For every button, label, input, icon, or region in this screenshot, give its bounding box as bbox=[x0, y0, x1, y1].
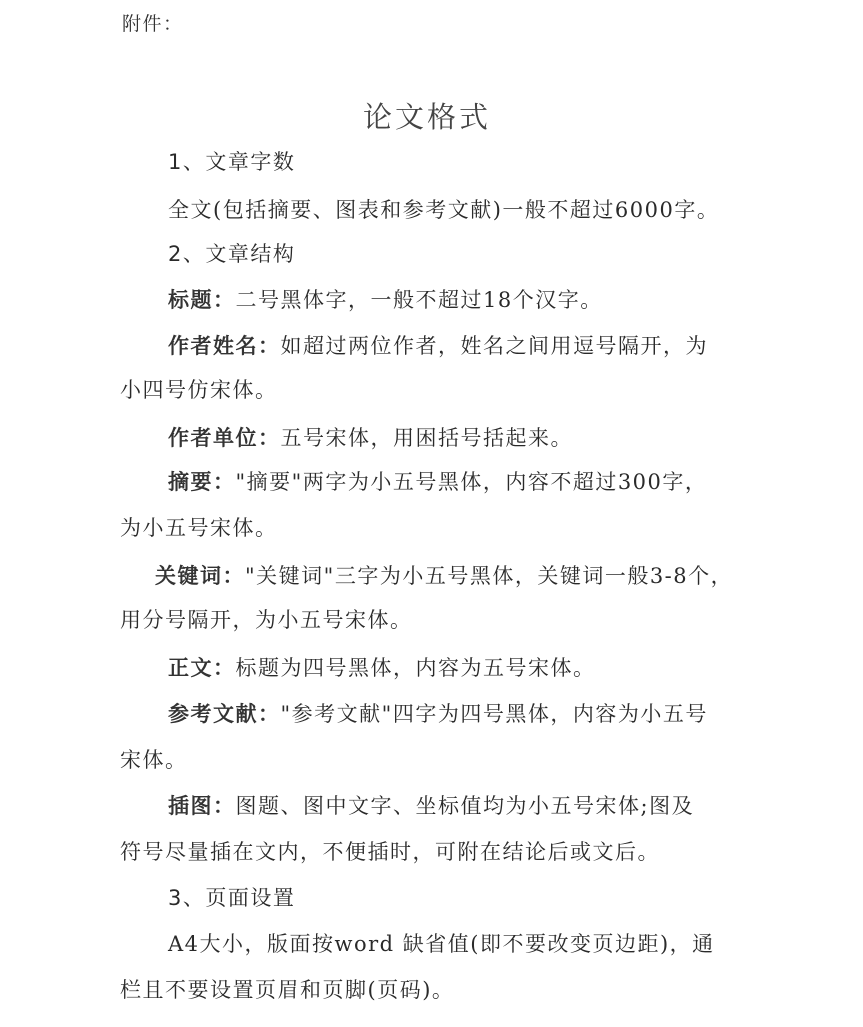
rule-label: 参考文献： bbox=[168, 702, 281, 726]
attachment-label: 附件： bbox=[122, 10, 184, 38]
abstract-rule: 摘要："摘要"两字为小五号黑体，内容不超过300字， bbox=[168, 468, 707, 496]
section-heading-page-setup: 3、页面设置 bbox=[168, 884, 295, 912]
section-heading-structure: 2、文章结构 bbox=[168, 240, 295, 268]
references-rule-cont: 宋体。 bbox=[120, 746, 188, 774]
author-unit-rule: 作者单位：五号宋体，用困括号括起来。 bbox=[168, 424, 573, 452]
author-name-rule-cont: 小四号仿宋体。 bbox=[120, 376, 278, 404]
rule-label: 作者单位： bbox=[168, 426, 281, 450]
figures-rule-cont: 符号尽量插在文内，不便插时，可附在结论后或文后。 bbox=[120, 838, 660, 866]
rule-label: 摘要： bbox=[168, 470, 236, 494]
rule-label: 标题： bbox=[168, 288, 236, 312]
figures-rule: 插图：图题、图中文字、坐标值均为小五号宋体;图及 bbox=[168, 792, 694, 820]
author-name-rule: 作者姓名：如超过两位作者，姓名之间用逗号隔开，为 bbox=[168, 332, 708, 360]
page-setup-text: A4大小，版面按word 缺省值(即不要改变页边距)，通 bbox=[168, 930, 715, 958]
section-heading-word-count: 1、文章字数 bbox=[168, 148, 295, 176]
keywords-rule: 关键词："关键词"三字为小五号黑体，关键词一般3-8个， bbox=[155, 562, 733, 590]
rule-label: 关键词： bbox=[155, 564, 245, 588]
references-rule: 参考文献："参考文献"四字为四号黑体，内容为小五号 bbox=[168, 700, 708, 728]
page-setup-text-cont: 栏且不要设置页眉和页脚(页码)。 bbox=[120, 976, 454, 1004]
keywords-rule-cont: 用分号隔开，为小五号宋体。 bbox=[120, 606, 413, 634]
body-rule: 正文：标题为四号黑体，内容为五号宋体。 bbox=[168, 654, 596, 682]
title-rule: 标题：二号黑体字，一般不超过18个汉字。 bbox=[168, 286, 603, 314]
word-count-text: 全文(包括摘要、图表和参考文献)一般不超过6000字。 bbox=[168, 196, 719, 224]
rule-label: 作者姓名： bbox=[168, 334, 281, 358]
abstract-rule-cont: 为小五号宋体。 bbox=[120, 514, 278, 542]
document-title: 论文格式 bbox=[363, 100, 491, 134]
rule-label: 正文： bbox=[168, 656, 236, 680]
rule-label: 插图： bbox=[168, 794, 236, 818]
